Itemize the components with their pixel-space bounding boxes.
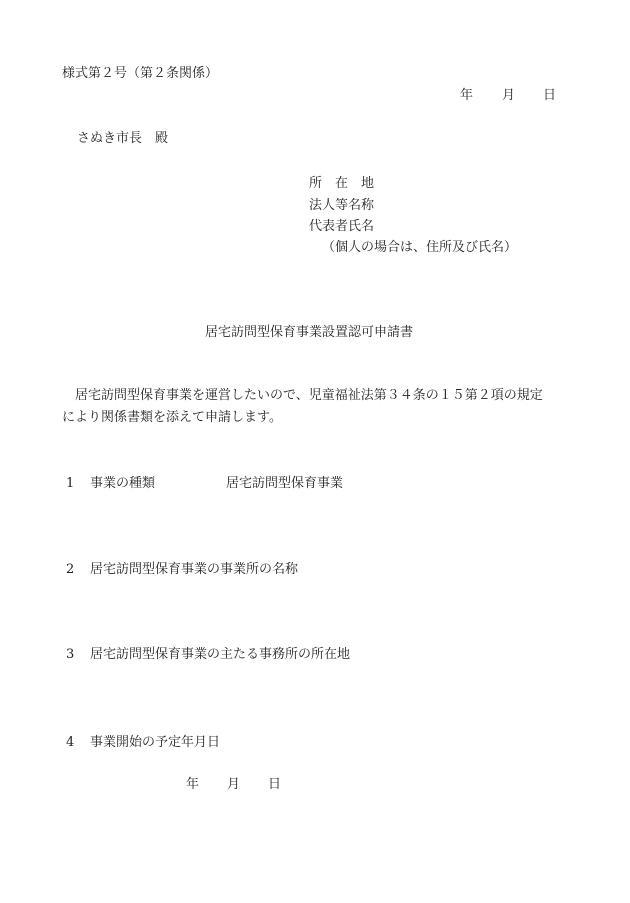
item-value: 居宅訪問型保育事業 [226, 476, 343, 492]
start-date-month: 月 [227, 777, 240, 793]
individual-note: （個人の場合は、住所及び氏名） [322, 240, 517, 256]
item-label: 事業開始の予定年月日 [90, 735, 220, 751]
item-label: 居宅訪問型保育事業の主たる事務所の所在地 [90, 647, 350, 663]
form-number: 様式第２号（第２条関係） [62, 66, 218, 82]
item-label: 事業の種類 [90, 476, 155, 492]
start-date-day: 日 [268, 777, 281, 793]
item-label: 居宅訪問型保育事業の事業所の名称 [90, 562, 298, 578]
header-date-year: 年 [460, 88, 473, 104]
item-number: 4 [66, 735, 74, 751]
document-title: 居宅訪問型保育事業設置認可申請書 [205, 325, 413, 341]
start-date-year: 年 [186, 777, 199, 793]
address-label: 所 在 地 [309, 176, 374, 192]
body-line-1: 居宅訪問型保育事業を運営したいので、児童福祉法第３４条の１５第２項の規定 [62, 388, 543, 404]
header-date-day: 日 [543, 88, 556, 104]
header-date-month: 月 [502, 88, 515, 104]
item-number: 2 [66, 562, 74, 578]
addressee: さぬき市長 殿 [77, 131, 168, 147]
item-number: 1 [66, 476, 74, 492]
corp-name-label: 法人等名称 [309, 198, 374, 214]
item-number: 3 [66, 647, 74, 663]
body-line-2: により関係書類を添えて申請します。 [62, 410, 282, 426]
rep-name-label: 代表者氏名 [309, 219, 374, 235]
